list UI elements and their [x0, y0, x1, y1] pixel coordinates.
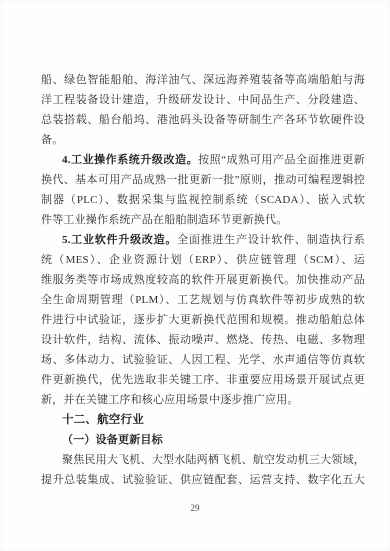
text-line: 新，并在关键工序和核心应用场景中逐步推广应用。 [41, 390, 365, 410]
body-text: 船、绿色智能船舶、海洋油气、深远海养殖装备等高端船舶与海洋工程装备设计建造，升级… [41, 70, 365, 490]
text-line: 制器（PLC）、数据采集与监视控制系统（SCADA）、嵌入式软 [41, 190, 365, 210]
text-line: 维服务类等市场成熟度较高的软件开展更新换代。加快推动产品 [41, 270, 365, 290]
text-line: 4.工业操作系统升级改造。按照“成熟可用产品全面推进更新 [41, 150, 365, 170]
text-line: 备。 [41, 130, 365, 150]
section-heading: 十二、航空行业 [41, 410, 365, 430]
text-line: 5.工业软件升级改造。全面推进生产设计软件、制造执行系 [41, 230, 365, 250]
text-line: 件进行中试验证，逐步扩大更新换代范围和规模。推动船舶总体 [41, 310, 365, 330]
text-line: 聚焦民用大飞机、大型水陆两栖飞机、航空发动机三大领域， [41, 450, 365, 470]
text-line: 总装搭载、船台船坞、港池码头设备等研制生产各环节软硬件设 [41, 110, 365, 130]
text-line: 件更新换代，优先选取非关键工序、非重要应用场景开展试点更 [41, 370, 365, 390]
text-line: 件等工业操作系统产品在船舶制造环节更新换代。 [41, 210, 365, 230]
item-bold-lead: 4.工业操作系统升级改造。 [62, 154, 198, 166]
text-line: 统（MES）、企业资源计划（ERP）、供应链管理（SCM）、运 [41, 250, 365, 270]
item-bold-lead: 5.工业软件升级改造。 [62, 234, 177, 246]
text-line: 设计软件，结构、流体、振动噪声、燃烧、传热、电磁、多物理 [41, 330, 365, 350]
text-line: 洋工程装备设计建造，升级研发设计、中间品生产、分段建造、 [41, 90, 365, 110]
page-number: 29 [0, 501, 390, 515]
text-line: 场、多体动力、试验验证、人因工程、光学、水声通信等仿真软 [41, 350, 365, 370]
text-line: 船、绿色智能船舶、海洋油气、深远海养殖装备等高端船舶与海 [41, 70, 365, 90]
document-page: 船、绿色智能船舶、海洋油气、深远海养殖装备等高端船舶与海洋工程装备设计建造，升级… [0, 0, 390, 551]
text-line: 换代、基本可用产品成熟一批更新一批”原则，推动可编程逻辑控 [41, 170, 365, 190]
text-line: 提升总装集成、试验验证、供应链配套、运营支持、数字化五大 [41, 470, 365, 490]
text-line: 全生命周期管理（PLM）、工艺规划与仿真软件等初步成熟的软 [41, 290, 365, 310]
subsection-heading: （一）设备更新目标 [41, 430, 365, 450]
